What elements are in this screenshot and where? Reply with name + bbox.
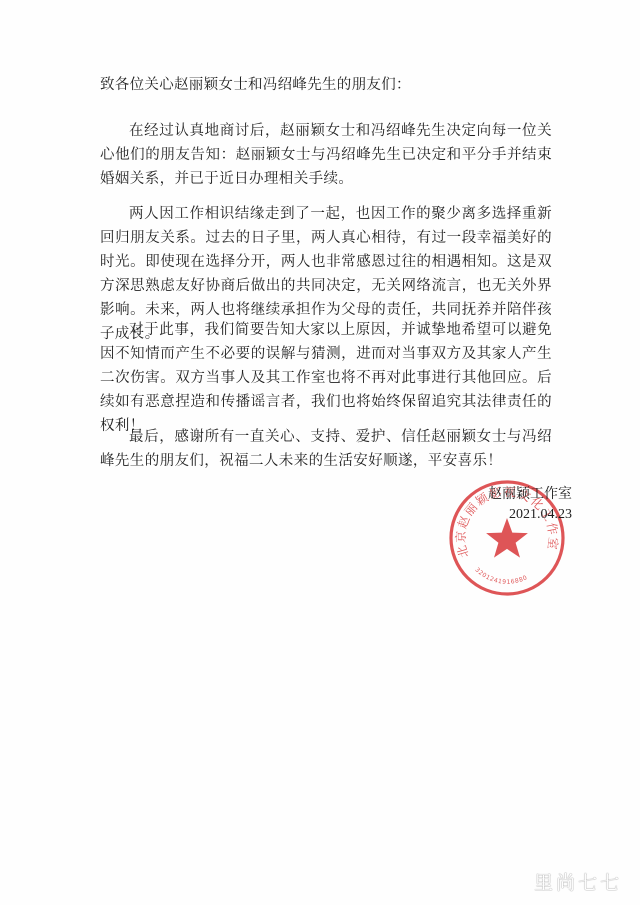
signature-name: 赵丽颖工作室	[488, 483, 572, 503]
paragraph-4: 最后，感谢所有一直关心、支持、爱护、信任赵丽颖女士与冯绍峰先生的朋友们，祝福二人…	[100, 425, 552, 473]
letter-page: 致各位关心赵丽颖女士和冯绍峰先生的朋友们： 在经过认真地商讨后，赵丽颖女士和冯绍…	[0, 0, 640, 905]
signature-date: 2021.04.23	[509, 507, 572, 523]
letter-salutation: 致各位关心赵丽颖女士和冯绍峰先生的朋友们：	[100, 73, 411, 94]
watermark: 里尚七七	[534, 868, 622, 895]
star-icon	[486, 518, 528, 558]
paragraph-1: 在经过认真地商讨后，赵丽颖女士和冯绍峰先生决定向每一位关心他们的朋友告知：赵丽颖…	[100, 119, 552, 191]
stamp-number: 3201241916880	[474, 566, 529, 585]
paragraph-3: 对于此事，我们简要告知大家以上原因，并诚挚地希望可以避免因不知情而产生不必要的误…	[100, 318, 552, 438]
